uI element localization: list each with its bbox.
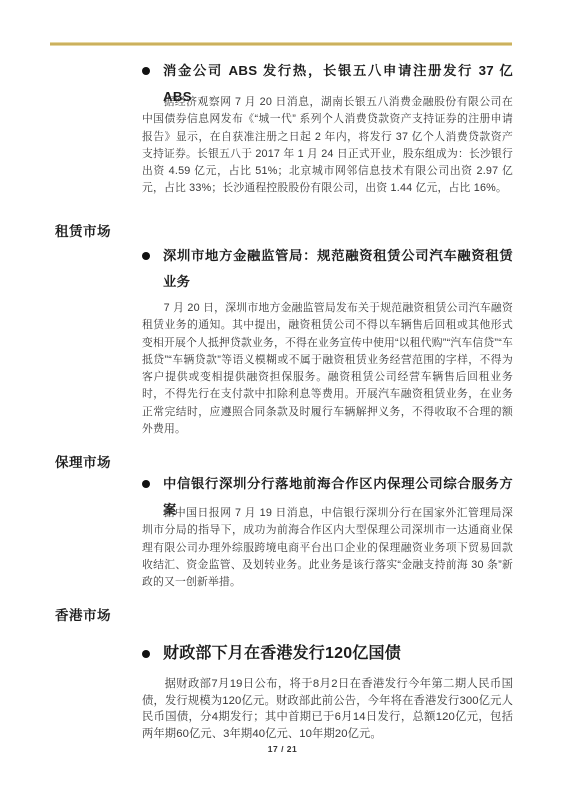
bullet-icon — [142, 67, 150, 75]
news-body: 据经济观察网 7 月 20 日消息，湖南长银五八消费金融股份有限公司在中国债券信… — [142, 94, 513, 198]
section-heading-hongkong-market: 香港市场 — [55, 604, 111, 624]
bullet-icon — [142, 252, 150, 260]
news-title: 深圳市地方金融监管局：规范融资租赁公司汽车融资租赁业务 — [163, 243, 513, 295]
news-title: 财政部下月在香港发行120亿国债 — [163, 641, 513, 667]
page-number: 17 / 21 — [0, 744, 565, 754]
section-heading-leasing-market: 租赁市场 — [55, 220, 111, 240]
bullet-icon — [142, 480, 150, 488]
section-heading-factoring-market: 保理市场 — [55, 451, 111, 471]
news-body: 7 月 20 日，深圳市地方金融监管局发布关于规范融资租赁公司汽车融资租赁业务的… — [142, 300, 513, 438]
bullet-icon — [142, 650, 150, 658]
section-divider-rule — [50, 42, 512, 46]
document-page: 消金公司 ABS 发行热，长银五八申请注册发行 37 亿 ABS 据经济观察网 … — [0, 0, 565, 800]
news-item: 深圳市地方金融监管局：规范融资租赁公司汽车融资租赁业务 — [142, 243, 514, 295]
news-body: 据中国日报网 7 月 19 日消息，中信银行深圳分行在国家外汇管理局深圳市分局的… — [142, 505, 513, 591]
news-body: 据财政部7月19日公布，将于8月2日在香港发行今年第二期人民币国债，发行规模为1… — [142, 676, 513, 742]
news-item: 财政部下月在香港发行120亿国债 — [142, 641, 514, 667]
